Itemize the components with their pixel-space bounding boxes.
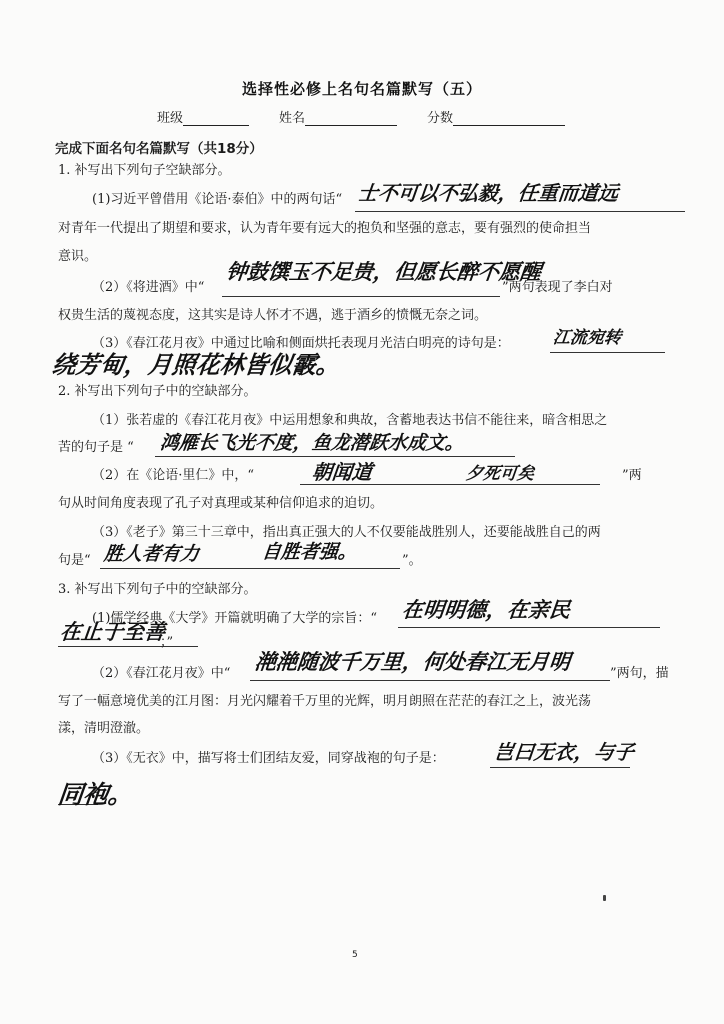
question-2-prompt: 2. 补写出下列句子中的空缺部分。	[58, 385, 257, 398]
q2-item2-continued: 句从时间角度表现了孔子对真理或某种信仰追求的迫切。	[58, 497, 383, 510]
class-field[interactable]: 班级	[157, 107, 249, 126]
q3-item2-continued: 写了一幅意境优美的江月图：月光闪耀着千万里的光辉，明月朗照在茫茫的春江之上，波光…	[58, 695, 591, 708]
worksheet-page: 选择性必修上名句名篇默写（五） 班级 姓名 分数 完成下面名句名篇默写（共18分…	[0, 0, 724, 1024]
q2-item3-text-2: 句是“	[58, 554, 91, 567]
question-number: 1.	[58, 163, 70, 178]
question-number: 2.	[58, 384, 70, 399]
q1-item1-continued-2: 意识。	[58, 250, 97, 263]
section-heading: 完成下面名句名篇默写（共18分）	[55, 137, 263, 157]
q3-item2-text: （2）《春江花月夜》中“	[92, 667, 230, 680]
name-blank[interactable]	[305, 111, 397, 126]
question-number: 3.	[58, 582, 70, 597]
student-info-row: 班级 姓名 分数	[157, 107, 595, 126]
answer-line	[398, 627, 660, 628]
q1-item1-answer[interactable]: 士不可以不弘毅，任重而道远	[357, 183, 619, 203]
q2-item2-answer-a[interactable]: 朝闻道	[311, 462, 373, 482]
q2-item3-answer-a[interactable]: 胜人者有力	[103, 545, 200, 564]
q2-item2-answer-b[interactable]: 夕死可矣	[465, 466, 535, 483]
question-prompt: 补写出下列句子中的空缺部分。	[75, 582, 257, 597]
answer-line	[300, 484, 600, 485]
q2-item1-answer[interactable]: 鸿雁长飞光不度，鱼龙潜跃水成文。	[159, 434, 465, 453]
q1-item3-answer-2[interactable]: 绕芳甸，月照花林皆似霰。	[51, 353, 342, 377]
answer-line	[222, 296, 500, 297]
answer-line	[250, 680, 610, 681]
class-blank[interactable]	[183, 111, 249, 126]
score-label: 分数	[427, 107, 453, 126]
question-3-prompt: 3. 补写出下列句子中的空缺部分。	[58, 583, 257, 596]
name-field[interactable]: 姓名	[279, 107, 397, 126]
q3-item1-answer-a[interactable]: 在明明德，在亲民	[401, 600, 571, 621]
q3-item3-answer-b[interactable]: 同袍。	[57, 782, 135, 807]
page-number: 5	[352, 950, 358, 960]
question-prompt: 补写出下列句子空缺部分。	[75, 163, 231, 178]
q1-item3-text: （3）《春江花月夜》中通过比喻和侧面烘托表现月光洁白明亮的诗句是：	[92, 337, 510, 350]
scan-speck	[603, 895, 606, 901]
score-field[interactable]: 分数	[427, 107, 565, 126]
q3-item3-text: （3）《无衣》中，描写将士们团结友爱，同穿战袍的句子是：	[92, 752, 445, 765]
q3-item1-after: ；”	[160, 636, 173, 649]
q1-item3-answer-1[interactable]: 江流宛转	[552, 330, 622, 347]
q2-item3-after: ”。	[402, 554, 422, 567]
q3-item1-answer-b[interactable]: 在止于至善	[59, 622, 166, 643]
q3-item3-answer-a[interactable]: 岂曰无衣，与子	[493, 742, 635, 762]
q1-item2-continued: 权贵生活的蔑视态度，这其实是诗人怀才不遇，逃于酒乡的愤慨无奈之词。	[58, 309, 487, 322]
class-label: 班级	[157, 107, 183, 126]
q2-item2-after: ”两	[622, 469, 642, 482]
q1-item1-text: (1)习近平曾借用《论语·泰伯》中的两句话“	[92, 193, 342, 206]
answer-line	[58, 646, 198, 647]
question-1-prompt: 1. 补写出下列句子空缺部分。	[58, 164, 231, 177]
q3-item2-answer[interactable]: 滟滟随波千万里，何处春江无月明	[254, 652, 571, 673]
q2-item1-text-2: 苦的句子是 “	[58, 441, 134, 454]
name-label: 姓名	[279, 107, 305, 126]
q1-item2-answer[interactable]: 钟鼓馔玉不足贵，但愿长醉不愿醒	[225, 262, 542, 283]
q2-item2-text: （2）在《论语·里仁》中，“	[92, 469, 254, 482]
page-title: 选择性必修上名句名篇默写（五）	[0, 78, 724, 99]
q1-item2-after: ”两句表现了李白对	[502, 281, 613, 294]
answer-line	[100, 568, 400, 569]
score-blank[interactable]	[453, 111, 565, 126]
q1-item2-text: （2）《将进酒》中“	[92, 281, 204, 294]
q3-item2-continued-2: 漾，清明澄澈。	[58, 722, 149, 735]
answer-line	[355, 211, 685, 212]
q2-item3-text: （3）《老子》第三十三章中，指出真正强大的人不仅要能战胜别人，还要能战胜自己的两	[92, 526, 601, 539]
answer-line	[550, 352, 665, 353]
question-prompt: 补写出下列句子中的空缺部分。	[75, 384, 257, 399]
q2-item1-text: （1）张若虚的《春江花月夜》中运用想象和典故，含蓄地表达书信不能往来，暗含相思之	[92, 414, 607, 427]
answer-line	[490, 767, 630, 768]
answer-line	[155, 456, 515, 457]
q3-item2-after: ”两句，描	[610, 667, 669, 680]
q2-item3-answer-b[interactable]: 自胜者强。	[261, 543, 358, 562]
q1-item1-continued: 对青年一代提出了期望和要求，认为青年要有远大的抱负和坚强的意志，要有强烈的使命担…	[58, 222, 591, 235]
